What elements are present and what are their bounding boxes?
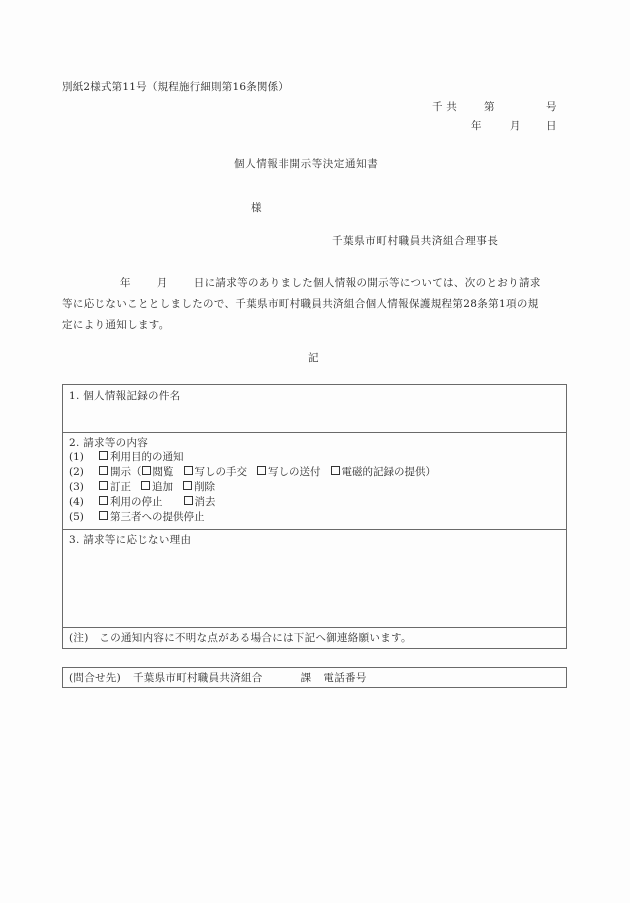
date-year: 年 bbox=[471, 119, 482, 133]
body-line-2: 等に応じないこととしましたので、千葉県市町村職員共済組合個人情報保護規程第28条… bbox=[62, 294, 550, 315]
doc-number-dai: 第 bbox=[484, 100, 495, 114]
contact-phone-label: 電話番号 bbox=[323, 672, 366, 684]
checkbox-purpose-notice[interactable] bbox=[99, 451, 108, 460]
checkbox-addition[interactable] bbox=[141, 481, 150, 490]
checkbox-erasure[interactable] bbox=[184, 496, 193, 505]
request-item-3: (3)訂正追加削除 bbox=[69, 480, 215, 494]
note-row: (注) この通知内容に不明な点がある場合には下記へ御連絡願います。 bbox=[63, 628, 566, 649]
body-line-1: 年月日に請求等のありました個人情報の開示等については、次のとおり請求 bbox=[62, 273, 550, 294]
date-month: 月 bbox=[510, 119, 521, 133]
record-name-row: 1. 個人情報記録の件名 bbox=[63, 385, 566, 433]
checkbox-deletion[interactable] bbox=[183, 481, 192, 490]
note-text: (注) この通知内容に不明な点がある場合には下記へ御連絡願います。 bbox=[69, 631, 412, 645]
checkbox-use-suspension[interactable] bbox=[99, 496, 108, 505]
contact-box: (問合せ先)千葉県市町村職員共済組合課電話番号 bbox=[62, 667, 567, 688]
checkbox-disclosure[interactable] bbox=[99, 466, 108, 475]
body-line1-text: 日に請求等のありました個人情報の開示等については、次のとおり請求 bbox=[194, 277, 541, 289]
addressee-suffix: 様 bbox=[251, 201, 262, 215]
contact-org: 千葉県市町村職員共済組合 bbox=[133, 672, 263, 684]
checkbox-third-party-stop[interactable] bbox=[99, 511, 108, 520]
doc-number-go: 号 bbox=[546, 100, 557, 114]
request-item-1: (1)利用目的の通知 bbox=[69, 450, 184, 464]
contact-line: (問合せ先)千葉県市町村職員共済組合課電話番号 bbox=[69, 671, 367, 685]
checkbox-copy-handover[interactable] bbox=[184, 466, 193, 475]
request-content-row: 2. 請求等の内容 (1)利用目的の通知 (2)開示（閲覧写しの手交写しの送付電… bbox=[63, 433, 566, 530]
body-year: 年 bbox=[120, 277, 131, 289]
document-title: 個人情報非開示等決定通知書 bbox=[234, 156, 378, 171]
reason-row: 3. 請求等に応じない理由 bbox=[63, 530, 566, 628]
ki-heading: 記 bbox=[308, 351, 319, 365]
details-table: 1. 個人情報記録の件名 2. 請求等の内容 (1)利用目的の通知 (2)開示（… bbox=[62, 384, 567, 649]
request-content-label: 2. 請求等の内容 bbox=[69, 436, 148, 450]
body-month: 月 bbox=[157, 277, 168, 289]
request-item-4: (4)利用の停止消去 bbox=[69, 495, 216, 509]
form-reference: 別紙2様式第11号（規程施行細則第16条関係） bbox=[62, 80, 289, 94]
request-item-2: (2)開示（閲覧写しの手交写しの送付電磁的記録の提供） bbox=[69, 465, 436, 479]
checkbox-electronic-record[interactable] bbox=[331, 466, 340, 475]
record-name-label: 1. 個人情報記録の件名 bbox=[69, 389, 180, 403]
contact-section-suffix: 課 bbox=[301, 672, 312, 684]
request-item-5: (5)第三者への提供停止 bbox=[69, 510, 205, 524]
checkbox-copy-mail[interactable] bbox=[257, 466, 266, 475]
doc-number-prefix: 千 共 bbox=[432, 100, 457, 114]
body-line-3: 定により通知します。 bbox=[62, 315, 550, 336]
checkbox-correction[interactable] bbox=[99, 481, 108, 490]
sender-name: 千葉県市町村職員共済組合理事長 bbox=[332, 234, 499, 248]
contact-label: (問合せ先) bbox=[69, 672, 121, 684]
reason-label: 3. 請求等に応じない理由 bbox=[69, 533, 191, 547]
body-paragraph: 年月日に請求等のありました個人情報の開示等については、次のとおり請求 等に応じな… bbox=[62, 273, 550, 336]
checkbox-viewing[interactable] bbox=[142, 466, 151, 475]
date-day: 日 bbox=[546, 119, 557, 133]
